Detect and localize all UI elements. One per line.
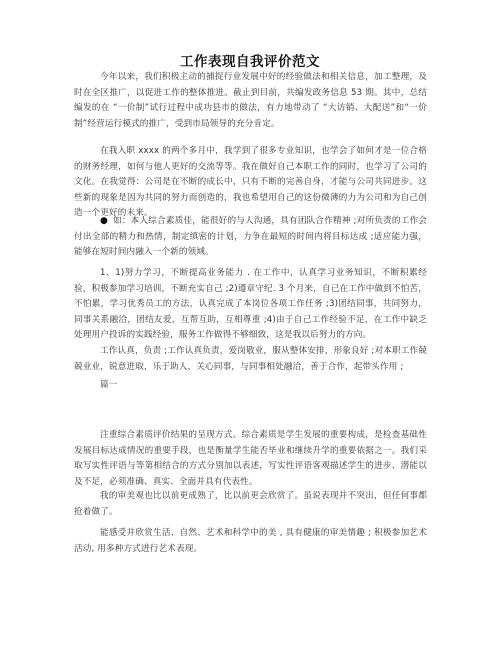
bullet-icon: ●: [100, 216, 108, 226]
paragraph-aesthetics: 我的审美观也比以前更成熟了，比以前更会欣赏了。虽说表现并不突出，但任何事都抢着做…: [74, 489, 427, 520]
paragraph-work-attitude: 工作认真，负责 ;工作认真负责，爱岗敬业，服从整体安排，形象良好 ;对本职工作兢…: [74, 344, 427, 375]
paragraph-self-quality: ●如：本人综合素质佳，能很好的与人沟通，具有团队合作精神 ;对所负责的工作会付出…: [74, 214, 427, 261]
paragraph-study-list: 1、1)努力学习，不断提高业务能力 . 在工作中，认真学习业务知识，不断积累经验…: [74, 266, 427, 344]
paragraph-info-work: 今年以来，我们积极主动的捕捉行业发展中好的经验做法和相关信息，加工整理，及时在全…: [74, 70, 427, 132]
paragraph-art: 能感受并欣赏生活、自然、艺术和科学中的美 , 具有健康的审美情趣 ; 积极参加艺…: [74, 526, 427, 557]
document-title: 工作表现自我评价范文: [0, 50, 500, 70]
section-heading: 篇一: [100, 378, 117, 390]
paragraph-self-quality-text: 如：本人综合素质佳，能很好的与人沟通，具有团队合作精神 ;对所负责的工作会付出全…: [74, 216, 427, 257]
paragraph-evaluation: 注重综合素质评价结果的呈现方式。综合素质是学生发展的重要构成，是检查基础性发展目…: [74, 428, 427, 490]
document-page: 工作表现自我评价范文 今年以来，我们积极主动的捕捉行业发展中好的经验做法和相关信…: [0, 0, 500, 647]
paragraph-onboarding: 在我入职 xxxx 的两个多月中，我学到了很多专业知识，也学会了如何才是一位合格…: [74, 144, 427, 222]
